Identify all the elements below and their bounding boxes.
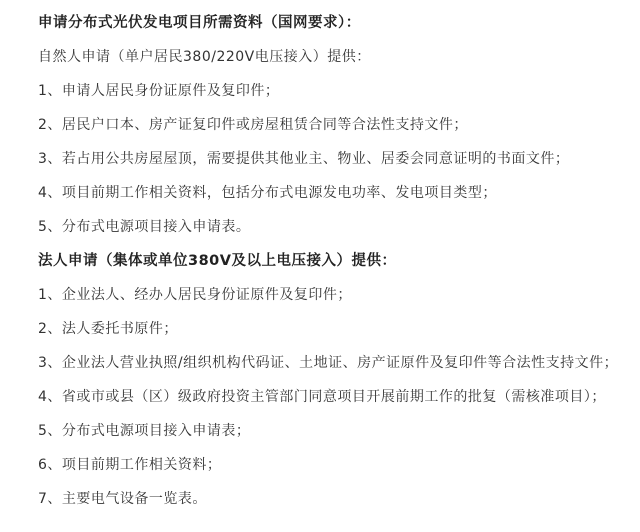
legal-person-item-4: 4、省或市或县（区）级政府投资主管部门同意项目开展前期工作的批复（需核准项目）； [38, 387, 630, 407]
legal-person-item-2: 2、法人委托书原件； [38, 319, 630, 339]
natural-person-item-5: 5、分布式电源项目接入申请表。 [38, 217, 630, 237]
natural-person-item-1: 1、申请人居民身份证原件及复印件； [38, 81, 630, 101]
legal-person-item-5: 5、分布式电源项目接入申请表； [38, 421, 630, 441]
natural-person-item-2: 2、居民户口本、房产证复印件或房屋租赁合同等合法性支持文件； [38, 115, 630, 135]
legal-person-item-7: 7、主要电气设备一览表。 [38, 489, 630, 509]
natural-person-item-4: 4、项目前期工作相关资料，包括分布式电源发电功率、发电项目类型； [38, 183, 630, 203]
legal-person-section-header: 法人申请（集体或单位380V及以上电压接入）提供： [38, 251, 630, 271]
document-title: 申请分布式光伏发电项目所需资料（国网要求）： [38, 13, 630, 33]
document-page: 申请分布式光伏发电项目所需资料（国网要求）： 自然人申请（单户居民380/220… [0, 0, 640, 532]
legal-person-item-3: 3、企业法人营业执照/组织机构代码证、土地证、房产证原件及复印件等合法性支持文件… [38, 353, 630, 373]
legal-person-item-6: 6、项目前期工作相关资料； [38, 455, 630, 475]
legal-person-item-1: 1、企业法人、经办人居民身份证原件及复印件； [38, 285, 630, 305]
natural-person-section-intro: 自然人申请（单户居民380/220V电压接入）提供： [38, 47, 630, 67]
natural-person-item-3: 3、若占用公共房屋屋顶，需要提供其他业主、物业、居委会同意证明的书面文件； [38, 149, 630, 169]
